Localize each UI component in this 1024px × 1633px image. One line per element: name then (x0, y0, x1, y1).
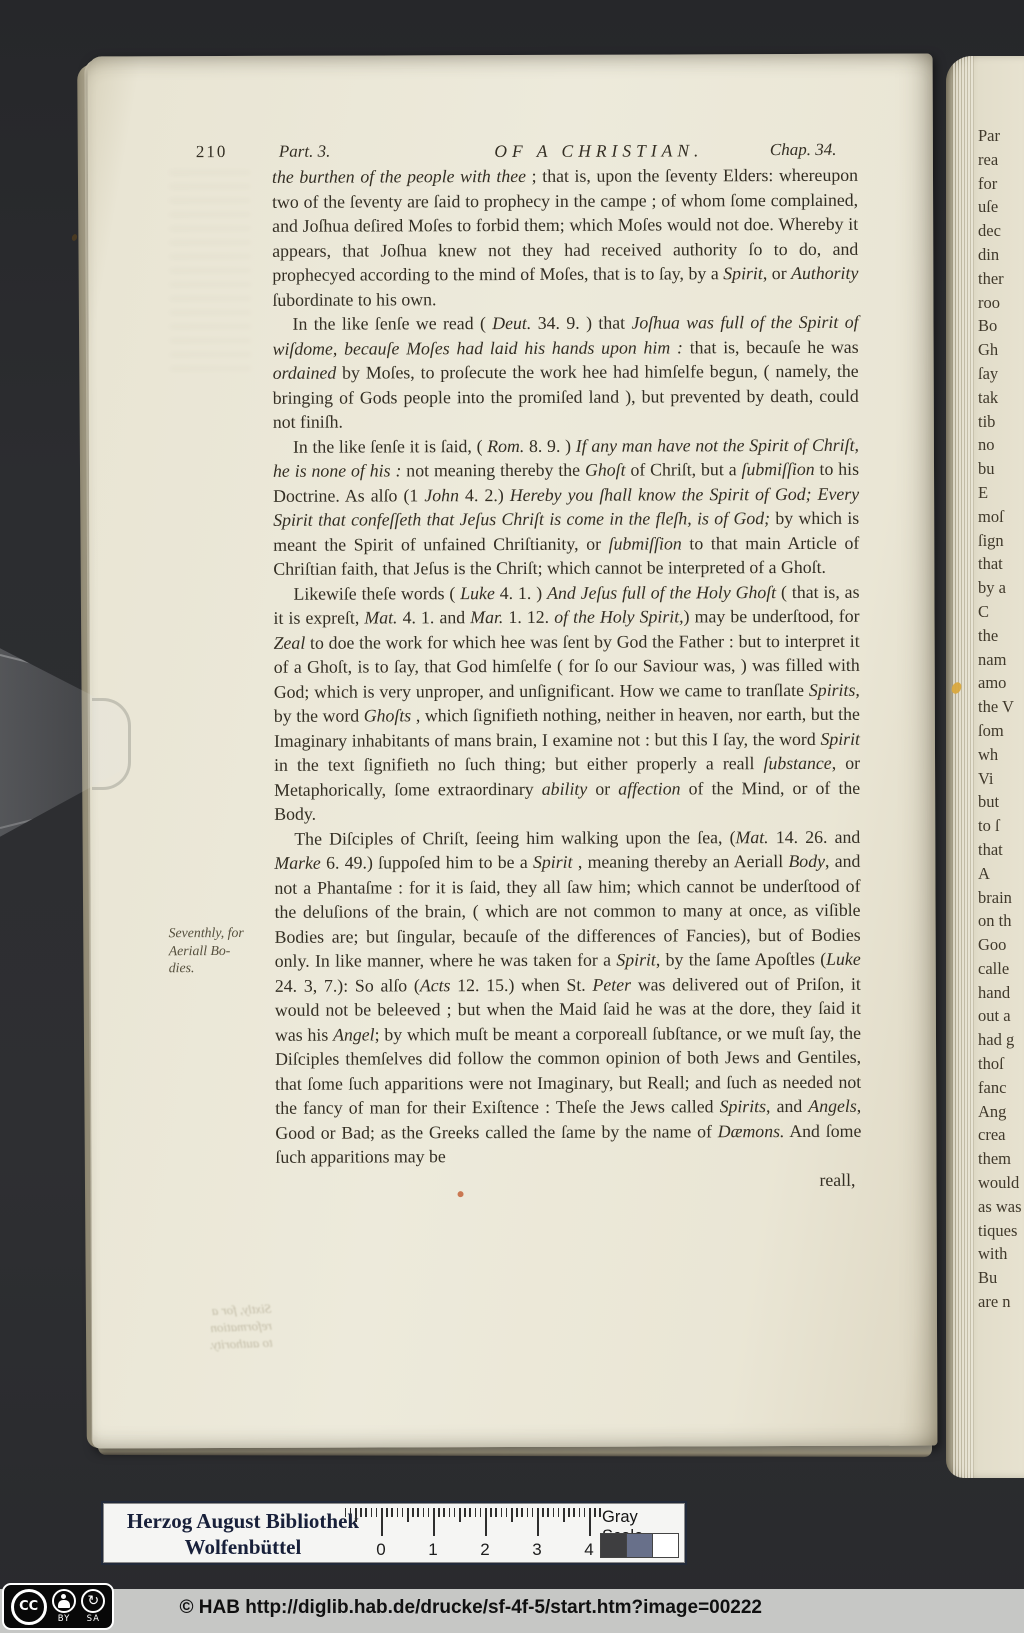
fore-edge-leaves (952, 56, 974, 1478)
gray-swatch (626, 1533, 653, 1558)
catchword: reall, (275, 1167, 861, 1194)
facing-page-line: calle (978, 957, 1024, 981)
ruler-tick (558, 1508, 560, 1517)
facing-page-edge: ParreaforuſedecdintherrooBoGhſaytaktibno… (946, 56, 1024, 1478)
facing-page-line: no (978, 433, 1024, 457)
ruler-tick (449, 1508, 451, 1517)
paragraph: In the like ſenſe it is ſaid, ( Rom. 8. … (273, 432, 860, 581)
ruler-tick (599, 1508, 601, 1517)
facing-page-line: rea (978, 148, 1024, 172)
ruler-tick (443, 1508, 445, 1517)
page-number: 210 (196, 142, 228, 162)
facing-page-line: tiques (978, 1219, 1024, 1243)
ruler-tick (417, 1508, 419, 1517)
ruler-tick (511, 1508, 513, 1522)
ruler-tick (495, 1508, 497, 1517)
facing-page-line: had g (978, 1028, 1024, 1052)
by-label: BY (58, 1614, 71, 1624)
facing-page-line: dec (978, 219, 1024, 243)
ruler-tick (485, 1508, 487, 1536)
paragraph: Likewiſe theſe words ( Luke 4. 1. ) And … (273, 579, 860, 826)
facing-page-line: E (978, 481, 1024, 505)
gray-swatch (652, 1533, 679, 1558)
facing-page-line: out a (978, 1004, 1024, 1028)
facing-page-line: by a (978, 576, 1024, 600)
chapter-label: Chap. 34. (770, 140, 837, 160)
ruler-number: 4 (584, 1540, 593, 1560)
ruler-tick (376, 1508, 378, 1517)
ruler-tick (547, 1508, 549, 1517)
book-page: 210 Part. 3. OF A CHRISTIAN. Chap. 34. t… (88, 54, 938, 1449)
facing-page-line: Vi (978, 767, 1024, 791)
ruler-tick (345, 1508, 347, 1517)
ruler-tick (428, 1508, 430, 1517)
institution-name: Herzog August Bibliothek Wolfenbüttel (118, 1508, 368, 1560)
facing-page-line: that (978, 838, 1024, 862)
ruler-tick (594, 1508, 596, 1517)
gray-scale-swatches (600, 1533, 678, 1558)
facing-page-line: Goo (978, 933, 1024, 957)
ruler-tick (537, 1508, 539, 1536)
facing-page-line: ſom (978, 719, 1024, 743)
ruler-tick (350, 1508, 352, 1517)
facing-page-line: as was (978, 1195, 1024, 1219)
facing-page-line: are n (978, 1290, 1024, 1314)
ruler-tick (480, 1508, 482, 1517)
facing-page-line: nam (978, 648, 1024, 672)
sa-label: SA (87, 1614, 100, 1624)
facing-page-line: to ſ (978, 814, 1024, 838)
chapter-title: OF A CHRISTIAN. (424, 140, 774, 162)
paragraph: In the like ſenſe we read ( Deut. 34. 9.… (272, 310, 858, 435)
facing-page-line: crea (978, 1123, 1024, 1147)
ruler-tick (553, 1508, 555, 1517)
facing-page-line: with (978, 1242, 1024, 1266)
facing-page-line: A (978, 862, 1024, 886)
ruler-tick (381, 1508, 383, 1536)
ruler-tick (397, 1508, 399, 1517)
facing-page-line: fanc (978, 1076, 1024, 1100)
gray-swatch (600, 1533, 627, 1558)
ruler-tick (469, 1508, 471, 1517)
institution-line2: Wolfenbüttel (118, 1534, 368, 1560)
ruler-tick (459, 1508, 461, 1522)
facing-page-line: din (978, 243, 1024, 267)
facing-page-line: Par (978, 124, 1024, 148)
facing-page-line: Bo (978, 314, 1024, 338)
ruler-number: 1 (428, 1540, 437, 1560)
facing-page-line: tak (978, 386, 1024, 410)
ruler-tick (464, 1508, 466, 1517)
ruler-tick (584, 1508, 586, 1517)
facing-page-line: thoſ (978, 1052, 1024, 1076)
facing-page-line: that (978, 552, 1024, 576)
attribution-person-icon (52, 1589, 76, 1613)
ruler-number: 2 (480, 1540, 489, 1560)
facing-page-line: ſign (978, 529, 1024, 553)
ruler-tick (490, 1508, 492, 1517)
ruler-tick (391, 1508, 393, 1517)
show-through-smudge (170, 171, 251, 381)
ruler-tick (475, 1508, 477, 1517)
ruler-tick (521, 1508, 523, 1517)
facing-page-line: the V (978, 695, 1024, 719)
ruler-tick (568, 1508, 570, 1517)
ruler-tick (371, 1508, 373, 1517)
copyright-credit-url: © HAB http://diglib.hab.de/drucke/sf-4f-… (179, 1597, 762, 1619)
facing-page-line: ther (978, 267, 1024, 291)
ruler-tick (407, 1508, 409, 1522)
ruler-tick (355, 1508, 357, 1522)
calibration-scale-bar: Herzog August Bibliothek Wolfenbüttel 01… (103, 1503, 685, 1563)
ruler-tick (542, 1508, 544, 1517)
page-holder-loop (92, 698, 131, 790)
facing-page-line: roo (978, 291, 1024, 315)
ruler-tick (532, 1508, 534, 1517)
facing-page-line: tib (978, 410, 1024, 434)
ruler-tick (386, 1508, 388, 1517)
ruler-tick (506, 1508, 508, 1517)
ruler-tick (516, 1508, 518, 1517)
facing-page-line: uſe (978, 195, 1024, 219)
part-label: Part. 3. (279, 142, 331, 162)
facing-page-line: but (978, 790, 1024, 814)
facing-page-line: bu (978, 457, 1024, 481)
ruler-tick (501, 1508, 503, 1517)
facing-page-line: Ang (978, 1100, 1024, 1124)
book-scan-photo: 210 Part. 3. OF A CHRISTIAN. Chap. 34. t… (0, 0, 1024, 1633)
footer-bar: CC BY ↻ SA © HAB http://diglib.hab.de/dr… (0, 1589, 1024, 1633)
ink-spot (458, 1191, 464, 1197)
cc-by-block: BY (52, 1589, 76, 1624)
paragraph: The Diſciples of Chriſt, ſeeing him walk… (274, 824, 861, 1169)
ruler-tick (365, 1508, 367, 1517)
ruler-tick (563, 1508, 565, 1522)
page-body: the burthen of the people with thee ; th… (272, 163, 862, 1194)
cm-ruler: 01234 (344, 1508, 614, 1560)
facing-page-line: them (978, 1147, 1024, 1171)
facing-page-line: ſay (978, 362, 1024, 386)
ruler-tick (527, 1508, 529, 1517)
institution-line1: Herzog August Bibliothek (118, 1508, 368, 1534)
cc-logo-icon: CC (11, 1589, 47, 1625)
facing-page-line: amo (978, 671, 1024, 695)
paragraph: the burthen of the people with thee ; th… (272, 163, 859, 312)
ruler-tick (402, 1508, 404, 1517)
facing-page-line: wh (978, 743, 1024, 767)
facing-page-text: ParreaforuſedecdintherrooBoGhſaytaktibno… (978, 124, 1024, 1424)
facing-page-line: hand (978, 981, 1024, 1005)
facing-page-line: C (978, 600, 1024, 624)
facing-page-line: on th (978, 909, 1024, 933)
facing-page-line: would (978, 1171, 1024, 1195)
ruler-tick (360, 1508, 362, 1517)
ruler-number: 3 (532, 1540, 541, 1560)
ruler-tick (589, 1508, 591, 1536)
facing-page-line: the (978, 624, 1024, 648)
ruler-tick (454, 1508, 456, 1517)
facing-page-line: Gh (978, 338, 1024, 362)
ruler-tick (579, 1508, 581, 1517)
share-alike-arrow-icon: ↻ (81, 1589, 105, 1613)
facing-page-line: Bu (978, 1266, 1024, 1290)
facing-page-line: brain (978, 886, 1024, 910)
margin-note: Seventhly, forAeriall Bo-dies. (169, 924, 269, 977)
paper-speck (71, 233, 78, 241)
ruler-tick (433, 1508, 435, 1536)
facing-page-line: for (978, 172, 1024, 196)
ruler-tick (438, 1508, 440, 1517)
facing-page-line: moſ (978, 505, 1024, 529)
ruler-tick (573, 1508, 575, 1517)
ruler-tick (423, 1508, 425, 1517)
cc-license-badge: CC BY ↻ SA (2, 1583, 114, 1630)
ruler-tick (412, 1508, 414, 1517)
ruler-number: 0 (376, 1540, 385, 1560)
show-through-text: Sixtly, for areformationto authority. (151, 1300, 273, 1356)
cc-sa-block: ↻ SA (81, 1589, 105, 1624)
